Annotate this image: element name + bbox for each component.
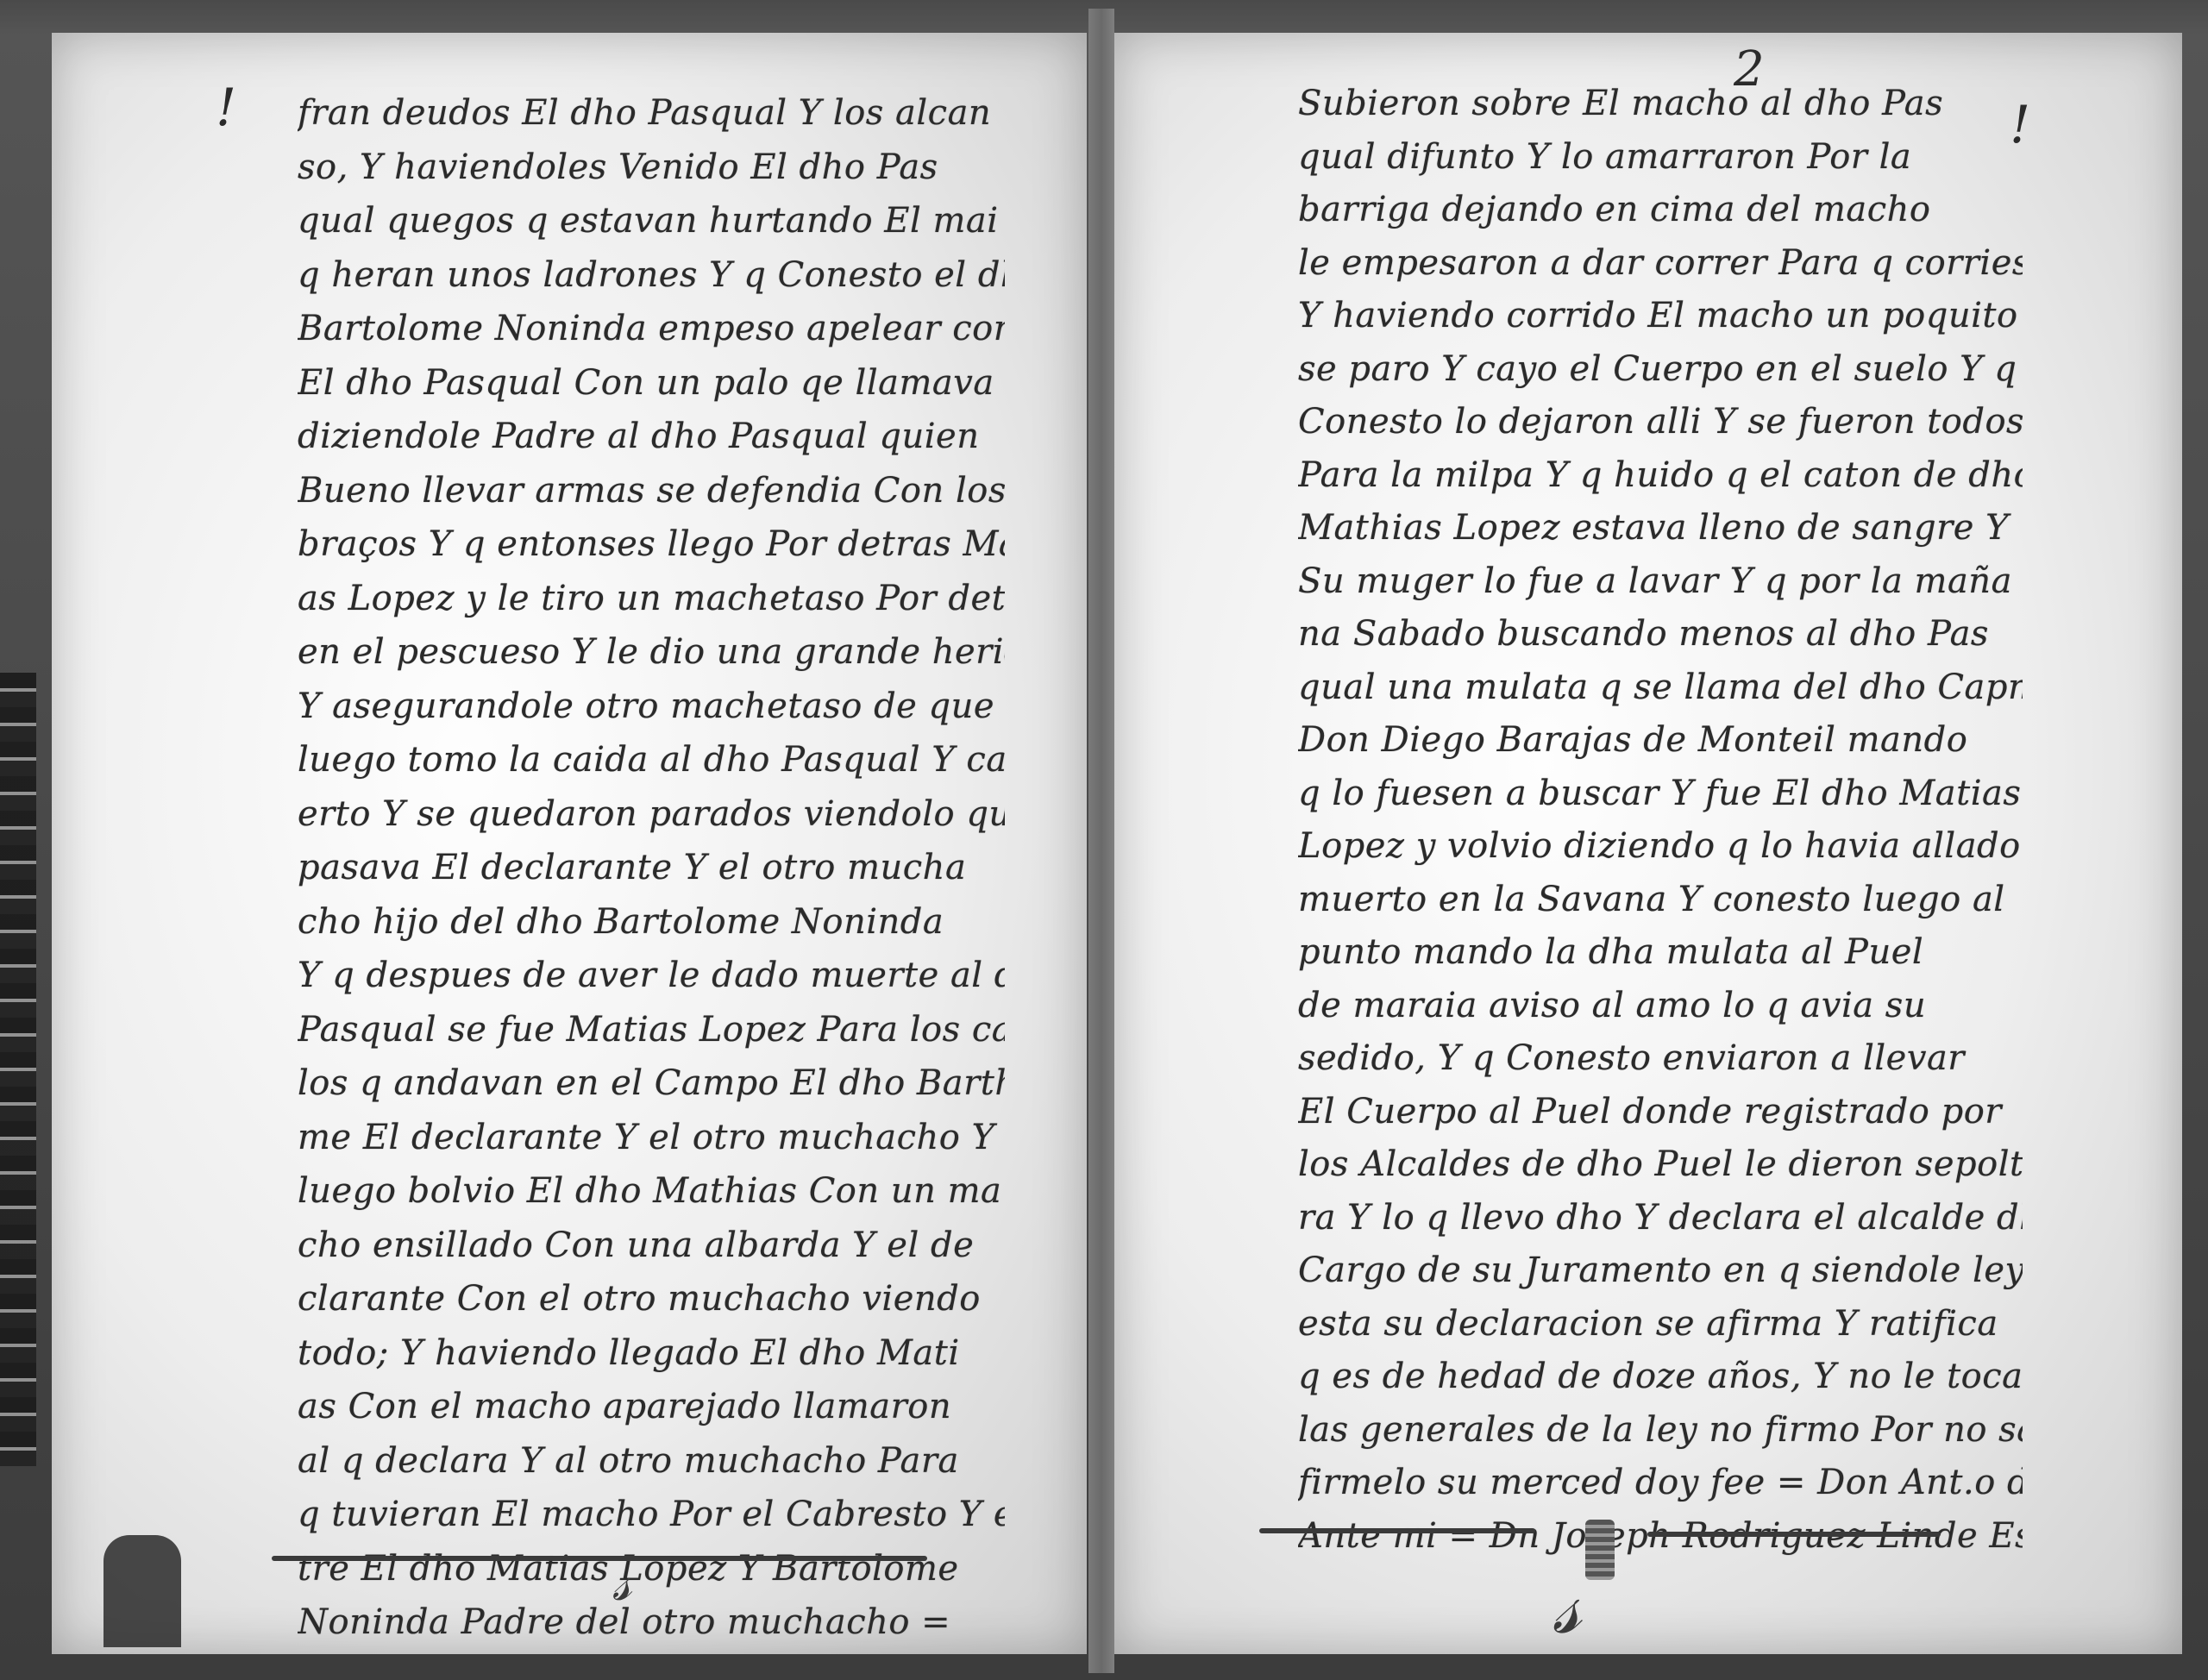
manuscript-line: as Lopez y le tiro un machetaso Por detr… — [298, 572, 1005, 626]
manuscript-line: so, Y haviendoles Venido El dho Pas — [298, 141, 1005, 195]
manuscript-line: todo; Y haviendo llegado El dho Mati — [298, 1326, 1005, 1381]
manuscript-line: barriga dejando en cima del macho — [1298, 184, 2023, 237]
manuscript-line: Su muger lo fue a lavar Y q por la maña — [1298, 555, 2023, 609]
manuscript-line: esta su declaracion se afirma Y ratifica — [1298, 1298, 2023, 1351]
left-flourish-icon: 𝓈 — [612, 1552, 631, 1613]
manuscript-line: El dho Pasqual Con un palo qe llamava — [298, 356, 1005, 411]
manuscript-line: le empesaron a dar correr Para q corries… — [1298, 237, 2023, 291]
manuscript-line: qual una mulata q se llama del dho Capn — [1298, 661, 2023, 715]
manuscript-line: Y asegurandole otro machetaso de que — [298, 680, 1005, 734]
book-binding-edge — [0, 673, 36, 1466]
manuscript-line: ra Y lo q llevo dho Y declara el alcalde… — [1298, 1192, 2023, 1245]
manuscript-line: Pasqual se fue Matias Lopez Para los cav… — [298, 1003, 1005, 1057]
manuscript-line: tre El dho Matias Lopez Y Bartolome — [298, 1542, 1005, 1596]
manuscript-line: los Alcaldes de dho Puel le dieron sepol… — [1298, 1138, 2023, 1192]
manuscript-line: se paro Y cayo el Cuerpo en el suelo Y q — [1298, 343, 2023, 397]
closing-rule-right-a — [1259, 1528, 1535, 1533]
manuscript-line: cho ensillado Con una albarda Y el de — [298, 1219, 1005, 1273]
manuscript-line: en el pescueso Y le dio una grande herid… — [298, 625, 1005, 680]
rubric-seal-icon — [1585, 1520, 1615, 1580]
closing-rule-left — [272, 1556, 927, 1561]
rubric-flourish-icon: 𝓈 — [1552, 1561, 1581, 1652]
manuscript-line: firmelo su merced doy fee = Don Ant.o de… — [1298, 1457, 2023, 1510]
left-page-text: fran deudos El dho Pasqual Y los alcan s… — [298, 86, 1005, 1650]
manuscript-line: luego bolvio El dho Mathias Con un ma — [298, 1164, 1005, 1219]
manuscript-line: Lopez y volvio diziendo q lo havia allad… — [1298, 820, 2023, 874]
manuscript-line: Bueno llevar armas se defendia Con los — [298, 464, 1005, 518]
manuscript-line: q es de hedad de doze años, Y no le toca… — [1298, 1351, 2023, 1404]
manuscript-line: q heran unos ladrones Y q Conesto el dho — [298, 248, 1005, 303]
manuscript-line: braços Y q entonses llego Por detras Mat… — [298, 517, 1005, 572]
manuscript-line: fran deudos El dho Pasqual Y los alcan — [298, 86, 1005, 141]
manuscript-line: Subieron sobre El macho al dho Pas — [1298, 78, 2023, 131]
manuscript-line: punto mando la dha mulata al Puel — [1298, 926, 2023, 980]
manuscript-line: q tuvieran El macho Por el Cabresto Y en — [298, 1488, 1005, 1542]
manuscript-line: sedido, Y q Conesto enviaron a llevar — [1298, 1032, 2023, 1086]
right-page-text: Subieron sobre El macho al dho Pas qual … — [1298, 78, 2023, 1563]
manuscript-line: luego tomo la caida al dho Pasqual Y cay… — [298, 733, 1005, 787]
margin-mark-left: ! — [216, 78, 236, 138]
manuscript-line: al q declara Y al otro muchacho Para — [298, 1434, 1005, 1489]
page-gutter — [1088, 9, 1114, 1673]
closing-rule-right-b — [1647, 1532, 1941, 1537]
manuscript-line: me El declarante Y el otro muchacho Y — [298, 1111, 1005, 1165]
manuscript-line: de maraia aviso al amo lo q avia su — [1298, 980, 2023, 1033]
manuscript-line: clarante Con el otro muchacho viendo — [298, 1272, 1005, 1326]
manuscript-line: Bartolome Noninda empeso apelear con — [298, 302, 1005, 356]
manuscript-line: los q andavan en el Campo El dho Barthol… — [298, 1056, 1005, 1111]
manuscript-line: Y haviendo corrido El macho un poquito — [1298, 290, 2023, 343]
manuscript-line: as Con el macho aparejado llamaron — [298, 1380, 1005, 1434]
manuscript-line: na Sabado buscando menos al dho Pas — [1298, 608, 2023, 661]
thumb-shadow — [103, 1535, 181, 1647]
manuscript-line: El Cuerpo al Puel donde registrado por — [1298, 1086, 2023, 1139]
manuscript-line: Para la milpa Y q huido q el caton de dh… — [1298, 449, 2023, 503]
manuscript-line: Noninda Padre del otro muchacho = — [298, 1595, 1005, 1650]
manuscript-line: pasava El declarante Y el otro mucha — [298, 841, 1005, 895]
manuscript-line: qual difunto Y lo amarraron Por la — [1298, 131, 2023, 185]
manuscript-line: Mathias Lopez estava lleno de sangre Y q — [1298, 502, 2023, 555]
manuscript-line: cho hijo del dho Bartolome Noninda — [298, 895, 1005, 950]
manuscript-line: erto Y se quedaron parados viendolo que — [298, 787, 1005, 842]
manuscript-line: Cargo de su Juramento en q siendole leyd… — [1298, 1244, 2023, 1298]
manuscript-line: diziendole Padre al dho Pasqual quien — [298, 410, 1005, 464]
manuscript-line: las generales de la ley no firmo Por no … — [1298, 1404, 2023, 1457]
manuscript-line: q lo fuesen a buscar Y fue El dho Matias — [1298, 768, 2023, 821]
manuscript-line: Y q despues de aver le dado muerte al dh… — [298, 949, 1005, 1003]
manuscript-line: qual quegos q estavan hurtando El mai — [298, 194, 1005, 248]
manuscript-line: muerto en la Savana Y conesto luego al — [1298, 874, 2023, 927]
manuscript-line: Don Diego Barajas de Monteil mando — [1298, 714, 2023, 768]
manuscript-line: Conesto lo dejaron alli Y se fueron todo… — [1298, 396, 2023, 449]
